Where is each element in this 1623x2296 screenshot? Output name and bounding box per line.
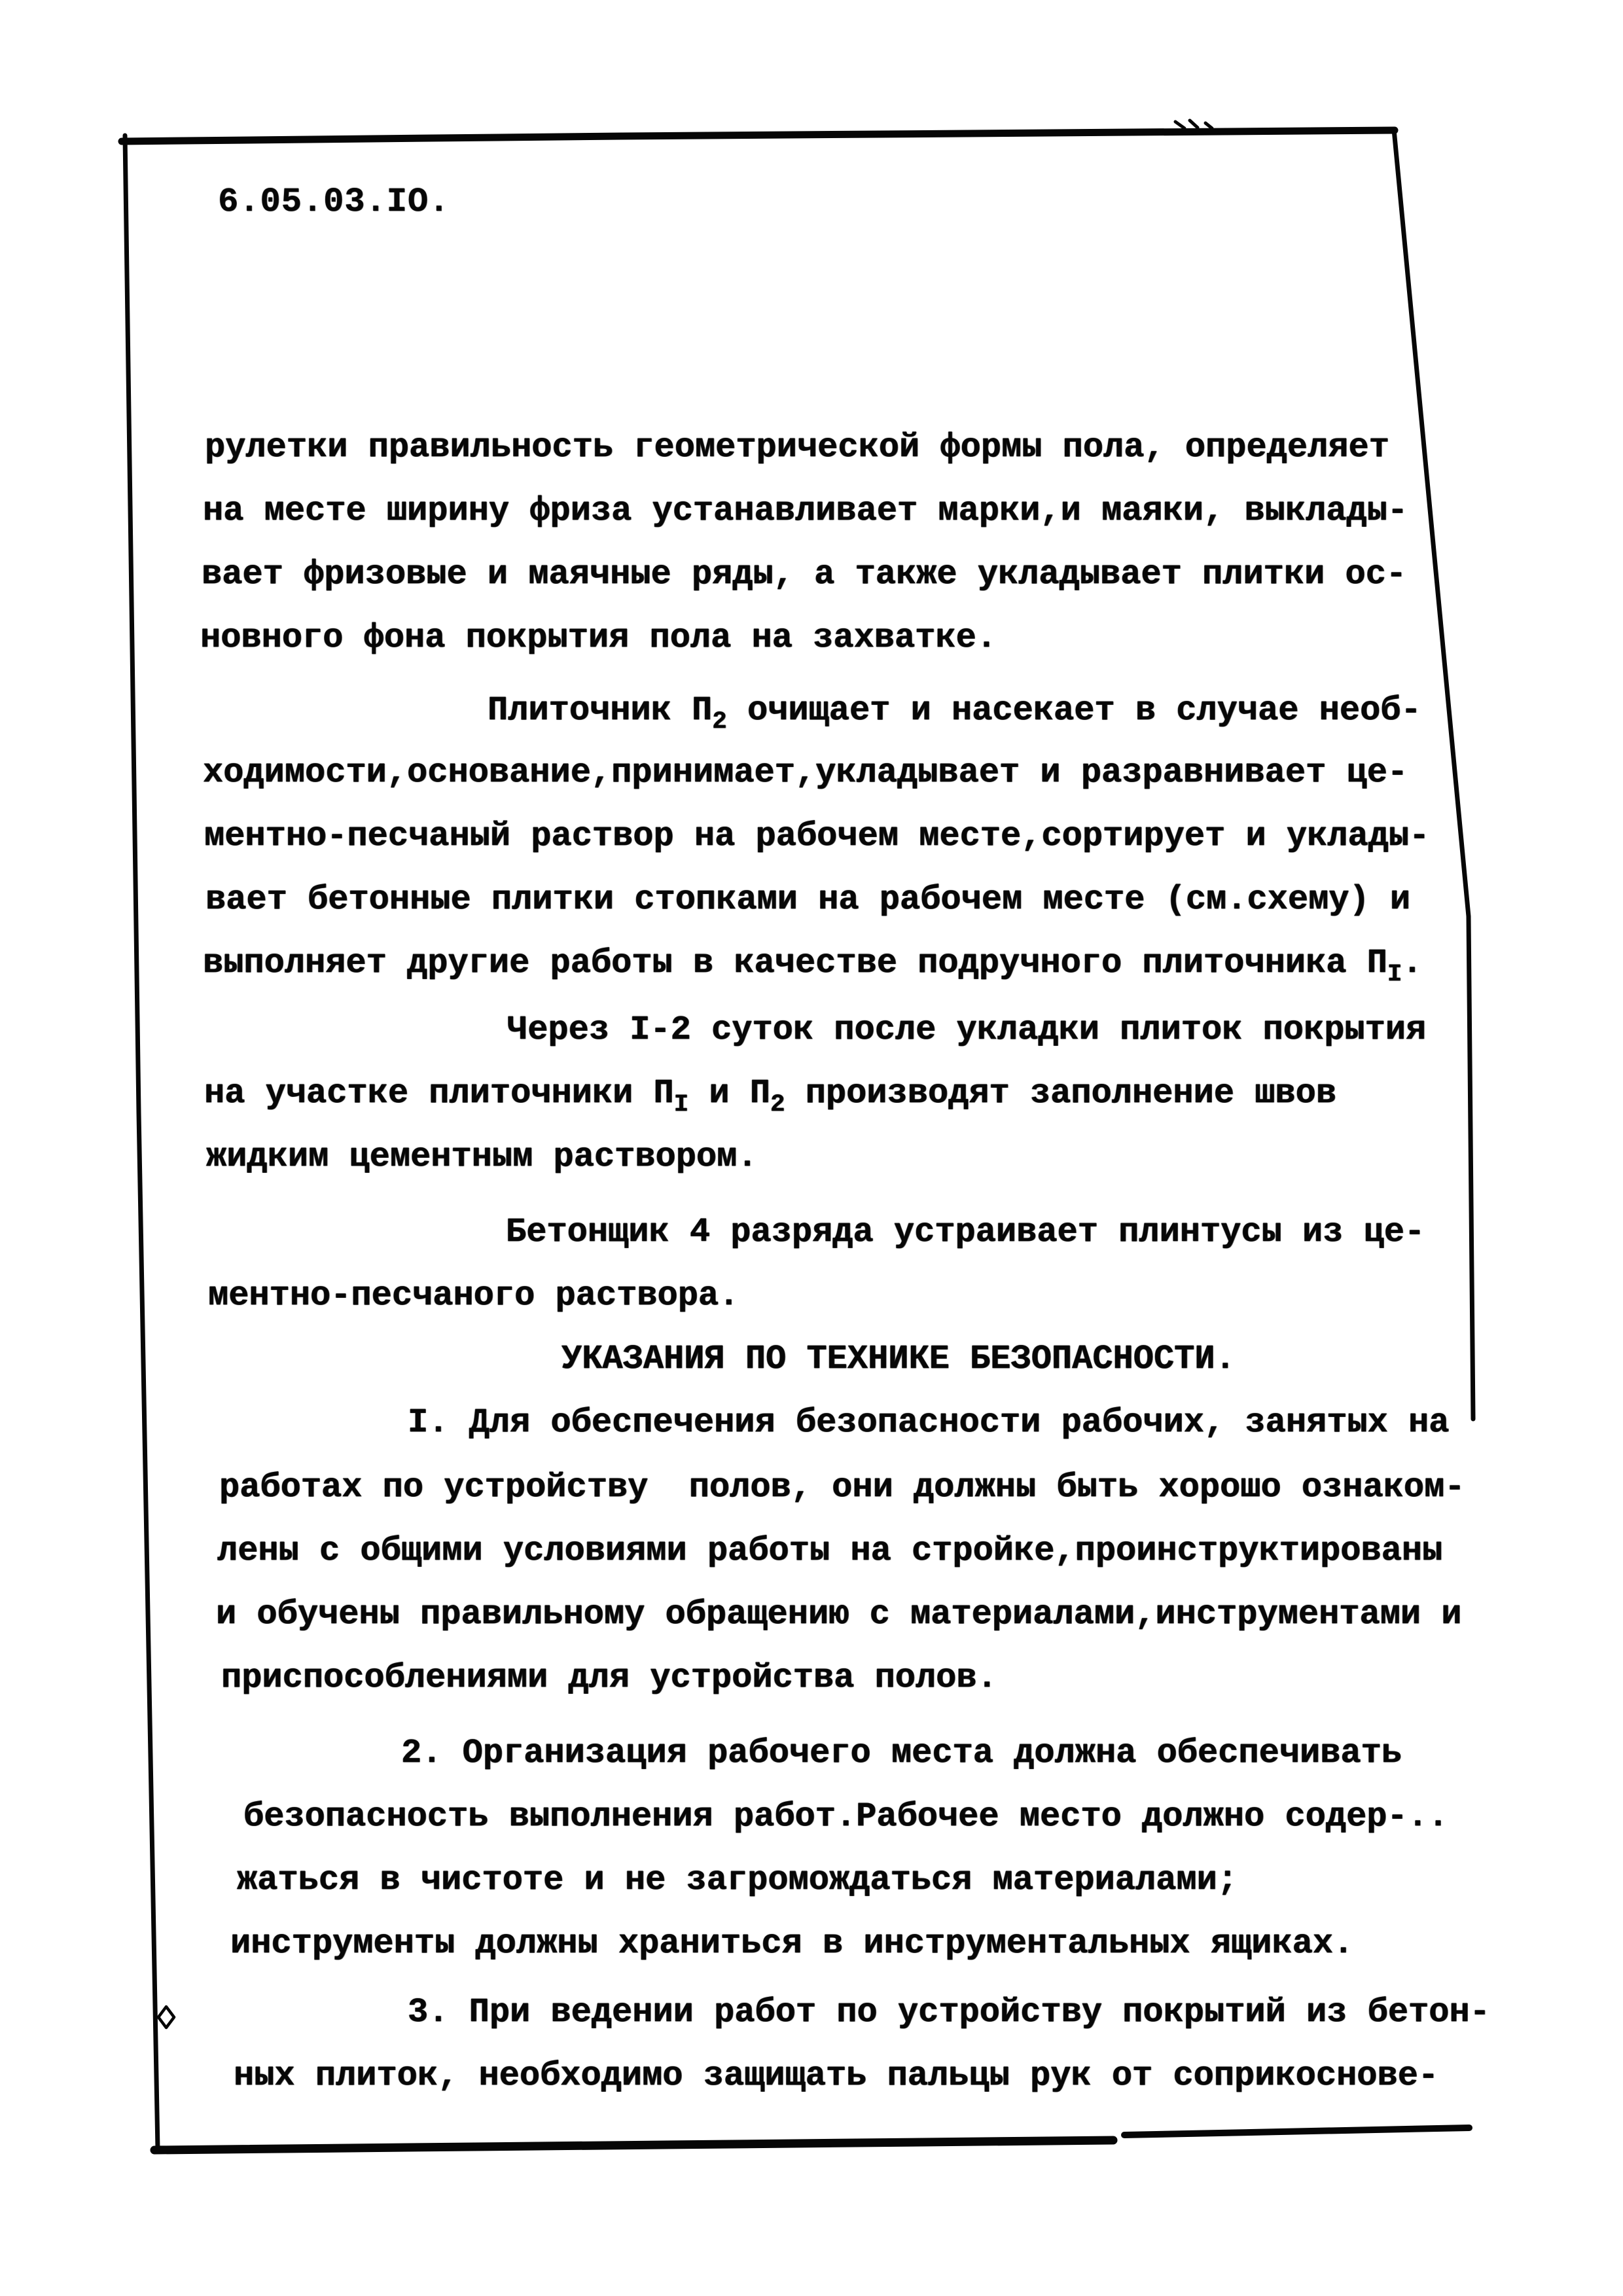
text-segment: инструменты должны храниться в инструмен… [230,1924,1353,1963]
text-line-12: жидким цементным раствором. [206,1138,758,1175]
text-segment: ходимости,основание,принимает,укладывает… [203,753,1408,792]
text-segment: новного фона покрытия пола на захватке. [200,619,997,657]
text-segment: очищает и насекает в случае необ- [727,691,1421,730]
text-line-10: Через I-2 суток после укладки плиток пок… [507,1011,1426,1049]
text-segment: на участке плиточники П [204,1074,674,1113]
text-line-7: ментно-песчаный раствор на рабочем месте… [204,817,1429,855]
subscript-index: I [674,1091,688,1119]
text-segment: жидким цементным раствором. [206,1138,758,1176]
text-segment: I. Для обеспечения безопасности рабочих,… [408,1403,1449,1442]
text-segment: вает бетонные плитки стопками на рабочем… [205,880,1410,919]
text-segment: ментно-песчаного раствора. [208,1276,739,1315]
text-line-26: ных плиток, необходимо защищать пальцы р… [234,2057,1438,2094]
text-segment: работах по устройству полов, они должны … [219,1468,1465,1507]
text-line-17: работах по устройству полов, они должны … [219,1469,1465,1506]
text-line-3: вает фризовые и маячные ряды, а также ук… [202,556,1406,593]
text-segment: и П [688,1074,770,1113]
text-line-11: на участке плиточники ПI и П2 производят… [204,1075,1336,1112]
text-line-8: вает бетонные плитки стопками на рабочем… [205,881,1410,918]
text-line-25: 3. При ведении работ по устройству покры… [408,1994,1490,2031]
text-segment: лены с общими условиями работы на стройк… [217,1532,1442,1570]
text-segment: и обучены правильному обращению с матери… [216,1595,1462,1634]
text-segment: безопасность выполнения работ.Рабочее ме… [243,1797,1448,1836]
text-segment: УКАЗАНИЯ ПО ТЕХНИКЕ БЕЗОПАСНОСТИ. [562,1340,1236,1378]
subscript-index: 2 [770,1091,785,1119]
text-line-14: ментно-песчаного раствора. [208,1277,739,1314]
typewritten-text-block: рулетки правильность геометрической форм… [0,0,1623,2296]
text-line-16: I. Для обеспечения безопасности рабочих,… [408,1404,1449,1441]
text-segment: ных плиток, необходимо защищать пальцы р… [234,2056,1438,2095]
text-segment: жаться в чистоте и не загромождаться мат… [237,1861,1238,1899]
text-segment: вает фризовые и маячные ряды, а также ук… [202,555,1406,594]
text-line-21: 2. Организация рабочего места должна обе… [401,1734,1402,1772]
text-line-6: ходимости,основание,принимает,укладывает… [203,754,1408,791]
text-line-20: приспособлениями для устройства полов. [221,1659,997,1696]
text-segment: приспособлениями для устройства полов. [221,1659,997,1697]
text-segment: на месте ширину фриза устанавливает марк… [203,492,1408,530]
text-segment: ментно-песчаный раствор на рабочем месте… [204,817,1429,855]
text-segment: 3. При ведении работ по устройству покры… [408,1993,1490,2032]
text-segment: Через I-2 суток после укладки плиток пок… [507,1011,1426,1049]
text-line-18: лены с общими условиями работы на стройк… [217,1532,1442,1570]
text-line-13: Бетонщик 4 разряда устраивает плинтусы и… [506,1213,1425,1251]
text-segment: выполняет другие работы в качестве подру… [203,944,1387,982]
safety-heading: УКАЗАНИЯ ПО ТЕХНИКЕ БЕЗОПАСНОСТИ. [562,1340,1236,1378]
text-line-5: Плиточник П2 очищает и насекает в случае… [488,692,1421,729]
text-line-2: на месте ширину фриза устанавливает марк… [203,492,1408,529]
text-segment: 2. Организация рабочего места должна обе… [401,1734,1402,1772]
text-line-1: рулетки правильность геометрической форм… [205,429,1389,466]
text-segment: Бетонщик 4 разряда устраивает плинтусы и… [506,1213,1425,1251]
text-line-19: и обучены правильному обращению с матери… [216,1596,1462,1633]
scanned-document-page: 6.05.03.IO. рулетки правильность геометр… [0,0,1623,2296]
text-segment: рулетки правильность геометрической форм… [205,428,1389,467]
text-line-9: выполняет другие работы в качестве подру… [203,944,1423,982]
text-segment: Плиточник П [488,691,712,730]
text-line-4: новного фона покрытия пола на захватке. [200,619,997,656]
text-line-22: безопасность выполнения работ.Рабочее ме… [243,1798,1448,1835]
subscript-index: I [1387,961,1402,988]
text-segment: . [1402,944,1422,982]
text-line-23: жаться в чистоте и не загромождаться мат… [237,1861,1238,1899]
subscript-index: 2 [712,708,726,736]
text-line-24: инструменты должны храниться в инструмен… [230,1925,1353,1962]
text-segment: производят заполнение швов [785,1074,1336,1113]
